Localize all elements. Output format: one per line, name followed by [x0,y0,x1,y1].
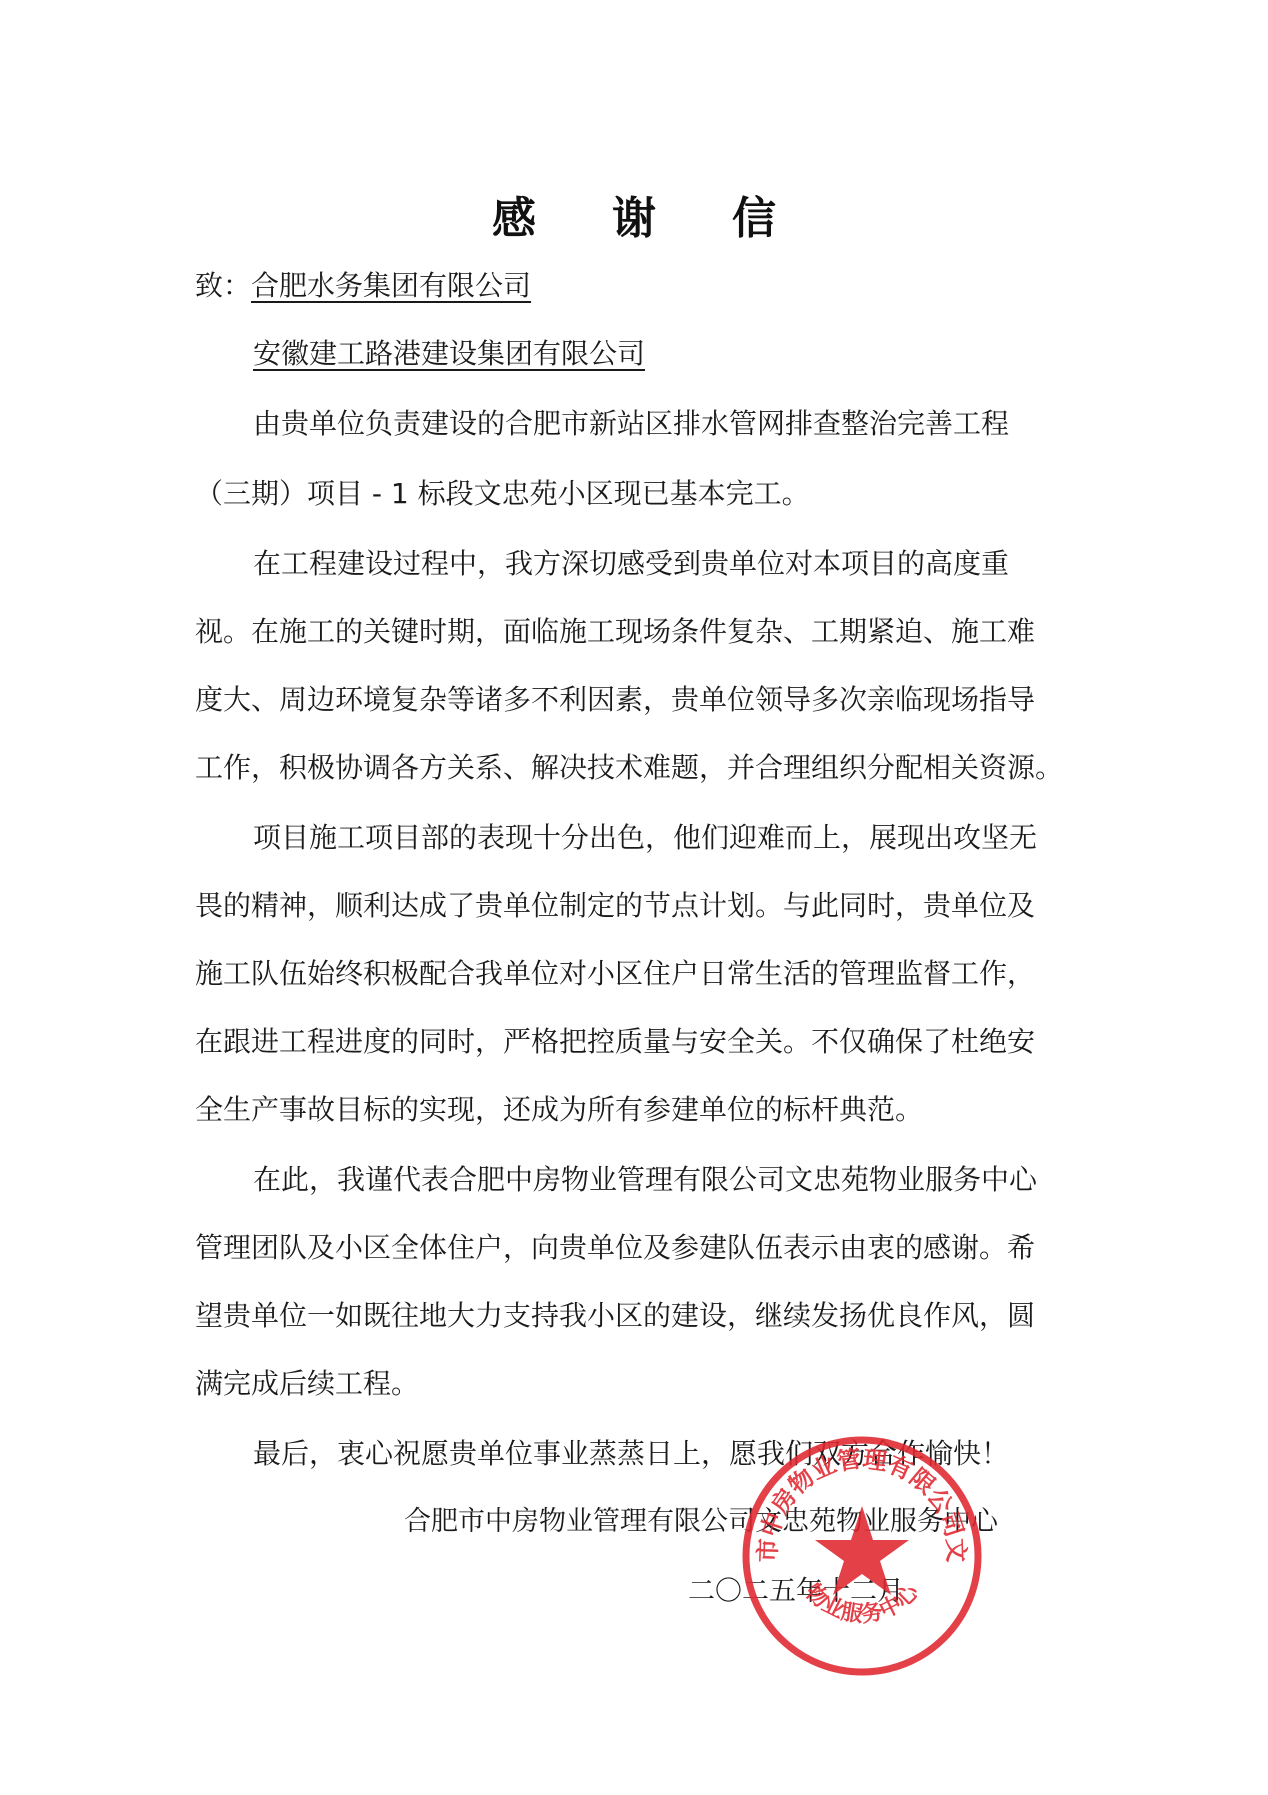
body-line: 望贵单位一如既往地大力支持我小区的建设，继续发扬优良作风，圆 [195,1298,1035,1334]
body-line: 满完成后续工程。 [195,1366,419,1402]
body-line: （三期）项目 - 1 标段文忠苑小区现已基本完工。 [195,476,810,512]
recipient-2: 安徽建工路港建设集团有限公司 [253,337,645,370]
recipient-2-line: 安徽建工路港建设集团有限公司 [253,336,645,372]
salutation-prefix: 致： [195,269,251,302]
salutation-line: 致：合肥水务集团有限公司 [195,268,531,304]
signature: 合肥市中房物业管理有限公司文忠苑物业服务中心 [404,1504,998,1540]
body-line: 畏的精神，顺利达成了贵单位制定的节点计划。与此同时，贵单位及 [195,888,1035,924]
body-line: 度大、周边环境复杂等诸多不利因素，贵单位领导多次亲临现场指导 [195,682,1035,718]
body-line: 视。在施工的关键时期，面临施工现场条件复杂、工期紧迫、施工难 [195,614,1035,650]
body-line: 施工队伍始终积极配合我单位对小区住户日常生活的管理监督工作， [195,956,1035,992]
body-line: 由贵单位负责建设的合肥市新站区排水管网排查整治完善工程 [253,406,1009,442]
letter-page: 感谢信 致：合肥水务集团有限公司 安徽建工路港建设集团有限公司 由贵单位负责建设… [0,0,1268,1795]
body-line: 项目施工项目部的表现十分出色，他们迎难而上，展现出攻坚无 [253,820,1037,856]
letter-title: 感谢信 [0,182,1268,246]
closing-line: 最后，衷心祝愿贵单位事业蒸蒸日上，愿我们双方合作愉快！ [253,1436,1009,1472]
title-char: 感 [492,182,536,246]
date: 二〇二五年十二月 [688,1574,904,1610]
title-char: 信 [732,182,776,246]
body-line: 在工程建设过程中，我方深切感受到贵单位对本项目的高度重 [253,546,1009,582]
body-line: 全生产事故目标的实现，还成为所有参建单位的标杆典范。 [195,1092,923,1128]
body-line: 管理团队及小区全体住户，向贵单位及参建队伍表示由衷的感谢。希 [195,1230,1035,1266]
body-line: 工作，积极协调各方关系、解决技术难题，并合理组织分配相关资源。 [195,750,1063,786]
body-line: 在跟进工程进度的同时，严格把控质量与安全关。不仅确保了杜绝安 [195,1024,1035,1060]
title-char: 谢 [612,182,656,246]
body-line: 在此，我谨代表合肥中房物业管理有限公司文忠苑物业服务中心 [253,1162,1037,1198]
recipient-1: 合肥水务集团有限公司 [251,269,531,302]
